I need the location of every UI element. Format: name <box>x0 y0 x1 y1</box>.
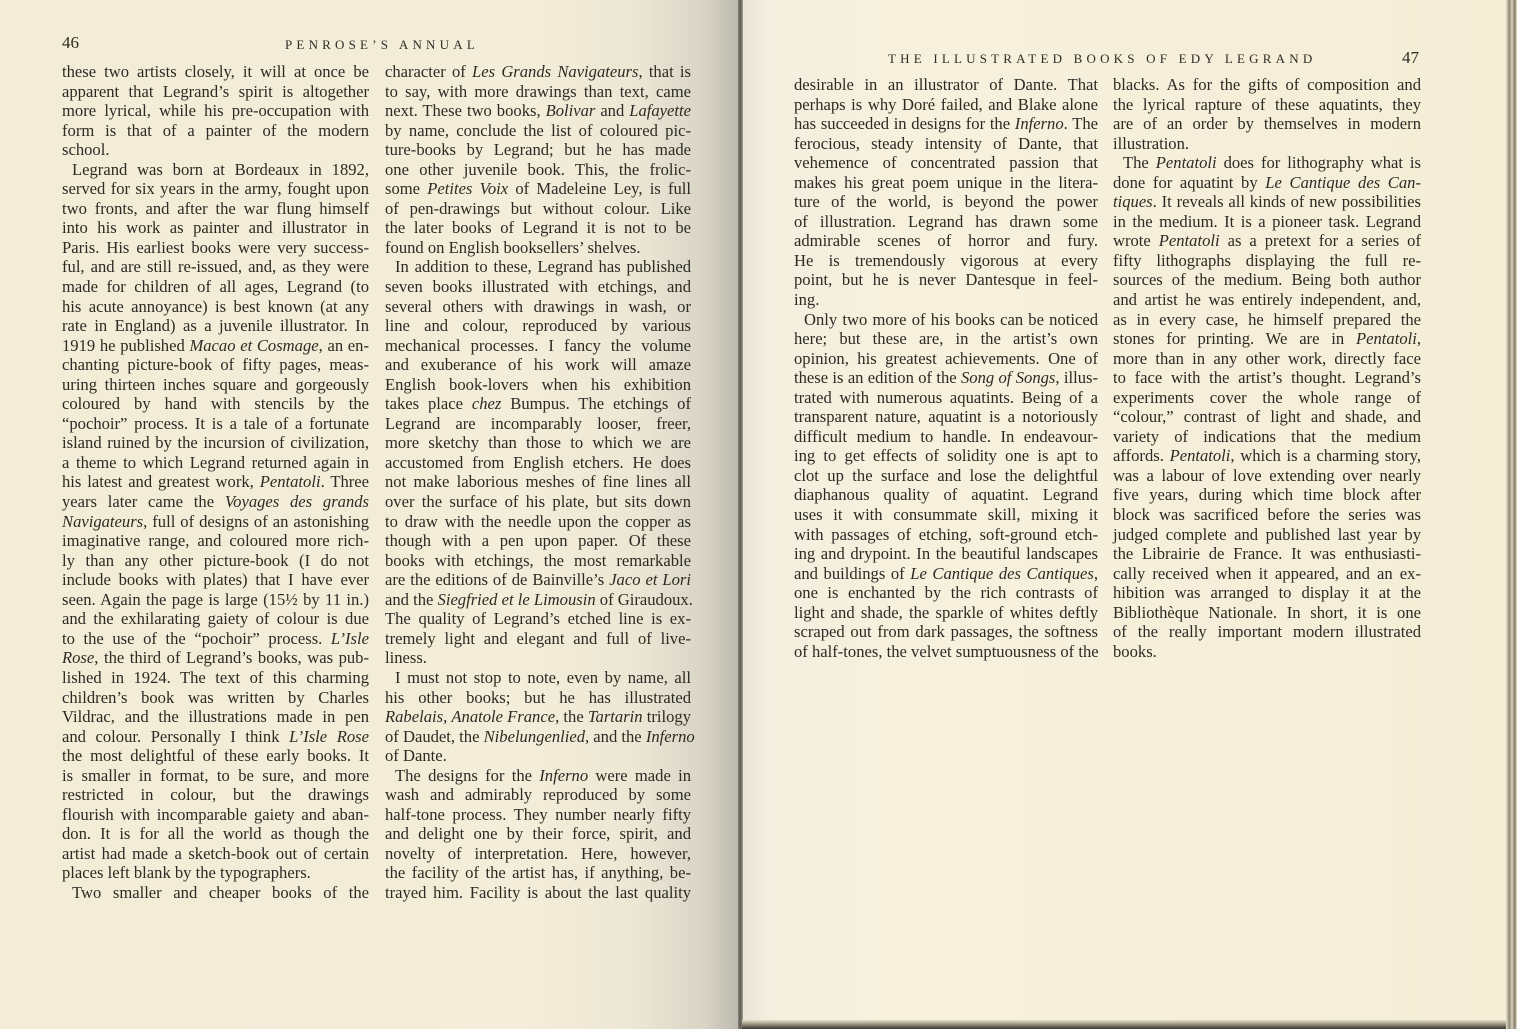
text-line: accustomed from English etchers. He does <box>385 453 691 473</box>
text-line: found on English booksellers’ shelves. <box>385 238 691 258</box>
text-line: He is tremendously vigorous at every <box>794 251 1098 271</box>
text-line: light and shade, the sparkle of whites d… <box>794 603 1098 623</box>
text-line: scraped out from dark passages, the soft… <box>794 622 1098 642</box>
text-line: ture of the world, is beyond the power <box>794 192 1098 212</box>
text-line: here; but these are, in the artist’s own <box>794 329 1098 349</box>
text-line: of Dante. <box>385 746 691 766</box>
text-line: years later came the Voyages des grands <box>62 492 369 512</box>
text-line: novelty of interpretation. Here, however… <box>385 844 691 864</box>
text-line: of illustration. Legrand has drawn some <box>794 212 1098 232</box>
text-line: island ruined by the incursion of civili… <box>62 433 369 453</box>
text-line: his other books; but he has illustrated <box>385 688 691 708</box>
text-line: his latest and greatest work, Pentatoli.… <box>62 472 369 492</box>
text-line: served for six years in the army, fought… <box>62 179 369 199</box>
text-line: two fronts, and after the war flung hims… <box>62 199 369 219</box>
text-line: places left blank by the typographers. <box>62 863 369 883</box>
text-line: not make laborious meshes of fine lines … <box>385 472 691 492</box>
text-line: character of Les Grands Navigateurs, tha… <box>385 62 691 82</box>
text-line: to face with the artist’s thought. Legra… <box>1113 368 1421 388</box>
text-line: his acute annoyance) is best known (at a… <box>62 297 369 317</box>
text-line: into his work as painter and illustrator… <box>62 218 369 238</box>
text-line: are the editions of de Bainville’s Jaco … <box>385 570 691 590</box>
text-line: chanting picture-book of fifty pages, me… <box>62 355 369 375</box>
text-line: 1919 he published Macao et Cosmage, an e… <box>62 336 369 356</box>
text-line: half-tone process. They number nearly fi… <box>385 805 691 825</box>
text-line: mechanical processes. I fancy the volume <box>385 336 691 356</box>
text-line: seven books illustrated with etchings, a… <box>385 277 691 297</box>
text-line: Paris. His earliest books were very succ… <box>62 238 369 258</box>
book-gutter <box>738 0 743 1029</box>
text-line: variety of indications that the medium <box>1113 427 1421 447</box>
text-line: and delight one by their force, spirit, … <box>385 824 691 844</box>
text-line: in the medium. It is a pioneer task. Leg… <box>1113 212 1421 232</box>
text-line: ferocious, steady intensity of Dante, th… <box>794 134 1098 154</box>
text-line: stones for printing. We are in Pentatoli… <box>1113 329 1421 349</box>
text-line: with passages of etching, soft-ground et… <box>794 525 1098 545</box>
text-line: Rose, the third of Legrand’s books, was … <box>62 648 369 668</box>
text-line: In addition to these, Legrand has publis… <box>385 257 691 277</box>
text-line: was a labour of love extending over near… <box>1113 466 1421 486</box>
text-line: vehemence of concentrated passion that <box>794 153 1098 173</box>
page-number-left: 46 <box>62 33 79 53</box>
text-line: and the exhilarating gaiety of colour is… <box>62 609 369 629</box>
text-line: more lyrical, while his pre-occupation w… <box>62 101 369 121</box>
text-line: books with etchings, the most remarkable <box>385 551 691 571</box>
text-line: trayed him. Facility is about the last q… <box>385 883 691 903</box>
text-line: of pen-drawings but without colour. Like <box>385 199 691 219</box>
text-line: ing. <box>794 290 1098 310</box>
text-line: to draw with the needle upon the copper … <box>385 512 691 532</box>
text-line: liness. <box>385 648 691 668</box>
text-line: judged complete and published last year … <box>1113 525 1421 545</box>
text-line: wash and admirably reproduced by some <box>385 785 691 805</box>
text-line: the most delightful of these early books… <box>62 746 369 766</box>
text-line: school. <box>62 140 369 160</box>
text-line: done for aquatint by Le Cantique des Can… <box>1113 173 1421 193</box>
text-line: The designs for the Inferno were made in <box>385 766 691 786</box>
text-line: opinion, his greatest achievements. One … <box>794 349 1098 369</box>
text-line: cally received when it appeared, and an … <box>1113 564 1421 584</box>
text-line: restricted in colour, but the drawings <box>62 785 369 805</box>
text-line: diaphanous quality of aquatint. Legrand <box>794 485 1098 505</box>
text-line: though with a pen upon paper. Of these <box>385 531 691 551</box>
text-line: ing and drypoint. In the beautiful lands… <box>794 544 1098 564</box>
text-line: tremely light and elegant and full of li… <box>385 629 691 649</box>
text-line: these is an edition of the Song of Songs… <box>794 368 1098 388</box>
text-column-2: character of Les Grands Navigateurs, tha… <box>385 62 691 903</box>
text-line: of Daudet, the Nibelungenlied, and the I… <box>385 727 691 747</box>
text-line: Legrand was born at Bordeaux in 1892, <box>62 160 369 180</box>
text-line: desirable in an illustrator of Dante. Th… <box>794 75 1098 95</box>
text-line: and buildings of Le Cantique des Cantiqu… <box>794 564 1098 584</box>
text-line: of the really important modern illustrat… <box>1113 622 1421 642</box>
text-line: more than in any other work, directly fa… <box>1113 349 1421 369</box>
text-line: children’s book was written by Charles <box>62 688 369 708</box>
text-line: of half-tones, the velvet sumptuousness … <box>794 642 1098 662</box>
text-column-4: blacks. As for the gifts of composition … <box>1113 75 1421 661</box>
text-line: to the use of the “pochoir” process. L’I… <box>62 629 369 649</box>
text-line: clot up the surface and lose the delight… <box>794 466 1098 486</box>
text-line: seen. Again the page is large (15½ by 11… <box>62 590 369 610</box>
text-line: admirable scenes of horror and fury. <box>794 231 1098 251</box>
text-line: five years, during which time block afte… <box>1113 485 1421 505</box>
text-column-3: desirable in an illustrator of Dante. Th… <box>794 75 1098 661</box>
text-line: makes his great poem unique in the liter… <box>794 173 1098 193</box>
text-line: one other juvenile book. This, the froli… <box>385 160 691 180</box>
book-spread: 46 Penrose’s Annual these two artists cl… <box>0 0 1517 1029</box>
page-edge <box>1506 0 1517 1029</box>
text-line: block was sacrificed before the series w… <box>1113 505 1421 525</box>
text-line: ture-books by Legrand; but he has made <box>385 140 691 160</box>
text-line: one is enchanted by the rich contrasts o… <box>794 583 1098 603</box>
text-line: I must not stop to note, even by name, a… <box>385 668 691 688</box>
text-line: and colour. Personally I think L’Isle Ro… <box>62 727 369 747</box>
text-line: “colour,” contrast of light and shade, a… <box>1113 407 1421 427</box>
page-bottom-shadow <box>742 1020 1506 1029</box>
text-line: trated with numerous aquatints. Being of… <box>794 388 1098 408</box>
text-line: and exuberance of his work will amaze <box>385 355 691 375</box>
text-line: sources of the medium. Being both author <box>1113 270 1421 290</box>
text-line: perhaps is why Doré failed, and Blake al… <box>794 95 1098 115</box>
text-line: the lyrical rapture of these aquatints, … <box>1113 95 1421 115</box>
text-line: include books with plates) that I have e… <box>62 570 369 590</box>
text-line: and artist he was entirely independent, … <box>1113 290 1421 310</box>
text-line: uring thirteen inches square and gorgeou… <box>62 375 369 395</box>
page-number-right: 47 <box>1402 48 1419 68</box>
text-line: as in every case, he himself prepared th… <box>1113 310 1421 330</box>
text-line: apparent that Legrand’s spirit is altoge… <box>62 82 369 102</box>
text-line: more sketchy than those to which we are <box>385 433 691 453</box>
text-line: don. It is for all the world as though t… <box>62 824 369 844</box>
text-line: The quality of Legrand’s etched line is … <box>385 609 691 629</box>
text-line: English book-lovers when his exhibition <box>385 375 691 395</box>
text-line: imaginative range, and coloured more ric… <box>62 531 369 551</box>
text-line: lished in 1924. The text of this charmin… <box>62 668 369 688</box>
text-line: tiques. It reveals all kinds of new poss… <box>1113 192 1421 212</box>
text-line: coloured by hand with stencils by the <box>62 394 369 414</box>
left-page: 46 Penrose’s Annual these two artists cl… <box>0 0 742 1029</box>
text-line: several others with drawings in wash, or <box>385 297 691 317</box>
text-line: and the Siegfried et le Limousin of Gira… <box>385 590 691 610</box>
text-line: blacks. As for the gifts of composition … <box>1113 75 1421 95</box>
text-line: line and colour, reproduced by various <box>385 316 691 336</box>
text-line: illustration. <box>1113 134 1421 154</box>
text-line: Vildrac, and the illustrations made in p… <box>62 707 369 727</box>
text-line: takes place chez Bumpus. The etchings of <box>385 394 691 414</box>
text-line: next. These two books, Bolivar and Lafay… <box>385 101 691 121</box>
text-line: ly than any other picture-book (I do not <box>62 551 369 571</box>
text-line: has succeeded in designs for the Inferno… <box>794 114 1098 134</box>
text-line: uses it with consummate skill, mixing it <box>794 505 1098 525</box>
text-line: made for children of all ages, Legrand (… <box>62 277 369 297</box>
running-head-right: The Illustrated Books of Edy Legrand <box>888 51 1316 67</box>
text-line: artist had made a sketch-book out of cer… <box>62 844 369 864</box>
text-line: flourish with incomparable gaiety and ab… <box>62 805 369 825</box>
text-line: point, but he is never Dantesque in feel… <box>794 270 1098 290</box>
text-line: over the surface of his plate, but sits … <box>385 492 691 512</box>
text-line: by name, conclude the list of coloured p… <box>385 121 691 141</box>
text-line: the Librairie de France. It was enthusia… <box>1113 544 1421 564</box>
text-line: are of an order by themselves in modern <box>1113 114 1421 134</box>
text-line: experiments cover the whole range of <box>1113 388 1421 408</box>
text-line: Rabelais, Anatole France, the Tartarin t… <box>385 707 691 727</box>
text-line: Navigateurs, full of designs of an aston… <box>62 512 369 532</box>
text-line: fifty lithographs displaying the full re… <box>1113 251 1421 271</box>
text-line: affords. Pentatoli, which is a charming … <box>1113 446 1421 466</box>
text-line: Legrand are incomparably looser, freer, <box>385 414 691 434</box>
text-line: “pochoir” process. It is a tale of a for… <box>62 414 369 434</box>
text-line: Bibliothèque Nationale. In short, it is … <box>1113 603 1421 623</box>
text-line: ing to get effects of solidity one is ap… <box>794 446 1098 466</box>
text-line: Two smaller and cheaper books of the <box>62 883 369 903</box>
text-line: transparent nature, aquatint is a notori… <box>794 407 1098 427</box>
text-line: some Petites Voix of Madeleine Ley, is f… <box>385 179 691 199</box>
text-line: a theme to which Legrand returned again … <box>62 453 369 473</box>
text-line: ful, and are still re-issued, and, as th… <box>62 257 369 277</box>
text-line: difficult medium to handle. In endeavour… <box>794 427 1098 447</box>
text-line: The Pentatoli does for lithography what … <box>1113 153 1421 173</box>
text-line: wrote Pentatoli as a pretext for a serie… <box>1113 231 1421 251</box>
text-line: rate in England) as a juvenile illustrat… <box>62 316 369 336</box>
text-line: is smaller in format, to be sure, and mo… <box>62 766 369 786</box>
text-line: hibition was arranged to display it at t… <box>1113 583 1421 603</box>
text-line: the later books of Legrand it is not to … <box>385 218 691 238</box>
text-line: the facility of the artist has, if anyth… <box>385 863 691 883</box>
text-line: these two artists closely, it will at on… <box>62 62 369 82</box>
text-line: books. <box>1113 642 1421 662</box>
running-head-left: Penrose’s Annual <box>285 37 479 53</box>
text-line: to say, with more drawings than text, ca… <box>385 82 691 102</box>
text-line: Only two more of his books can be notice… <box>794 310 1098 330</box>
text-line: form is that of a painter of the modern <box>62 121 369 141</box>
text-column-1: these two artists closely, it will at on… <box>62 62 369 903</box>
